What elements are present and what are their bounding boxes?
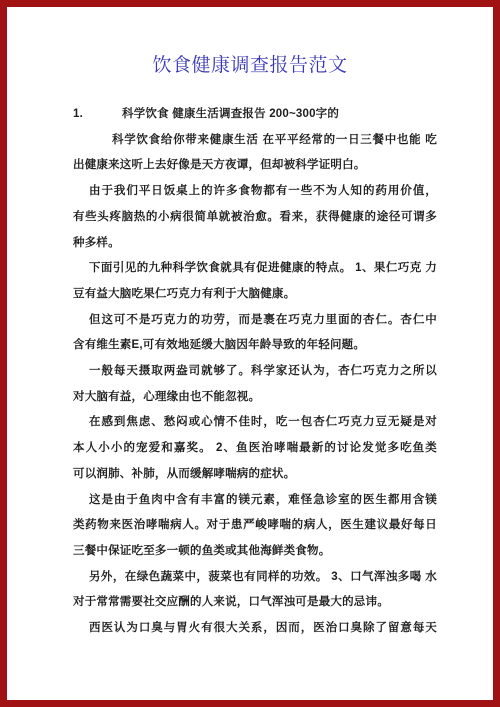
text-line: 一般每天摄取两盎司就够了。科学家还认为，杏仁巧克力之所以 [73,359,437,385]
text-line: 这是由于鱼肉中含有丰富的镁元素，难怪急诊室的医生都用含镁 [73,488,437,514]
text-line: 出健康来这听上去好像是天方夜谭，但却被科学证明白。 [73,153,437,179]
text-line: 西医认为口臭与胃火有很大关系，因而，医治口臭除了留意每天 [73,616,437,642]
text-line: 对于常常需要社交应酬的人来说，口气浑浊可是最大的忌讳。 [73,590,437,616]
list-item-number: 1. [73,102,122,128]
text-line: 对大脑有益，心理缘由也不能忽视。 [73,385,437,411]
text-line: 本人小小的宠爱和嘉奖。 2、鱼医治哮喘最新的讨论发觉多吃鱼类 [73,436,437,462]
text-line: 含有维生素E,可有效地延缓大脑因年龄导致的年轻问题。 [73,333,437,359]
text-line: 可以润肺、补肺，从而缓解哮喘病的症状。 [73,462,437,488]
text-line: 由于我们平日饭桌上的许多食物都有一些不为人知的药用价值， [73,179,437,205]
list-item-text: 科学饮食 健康生活调查报告 200~300字的 [122,108,339,120]
document-page: 饮食健康调查报告范文 1.科学饮食 健康生活调查报告 200~300字的 科学饮… [0,0,500,707]
document-body: 1.科学饮食 健康生活调查报告 200~300字的 科学饮食给你带来健康生活 在… [7,102,493,642]
document-title: 饮食健康调查报告范文 [7,53,493,79]
text-line: 在感到焦虑、愁闷或心情不佳时，吃一包杏仁巧克力豆无疑是对 [73,410,437,436]
text-line: 三餐中保证吃至多一顿的鱼类或其他海鲜类食物。 [73,539,437,565]
text-line: 有些头疼脑热的小病很简单就被治愈。看来，获得健康的途径可谓多 [73,205,437,231]
text-line: 下面引见的九种科学饮食就具有促进健康的特点。 1、果仁巧克 力 [73,256,437,282]
text-line: 科学饮食给你带来健康生活 在平平经常的一日三餐中也能 吃 [73,128,437,154]
text-line: 豆有益大脑吃果仁巧克力有利于大脑健康。 [73,282,437,308]
text-line: 类药物来医治哮喘病人。对于患严峻哮喘的病人，医生建议最好每日 [73,513,437,539]
text-line: 另外，在绿色蔬菜中，菠菜也有同样的功效。 3、口气浑浊多喝 水 [73,565,437,591]
text-line: 但这可不是巧克力的功劳，而是裹在巧克力里面的杏仁。杏仁中 [73,308,437,334]
text-line: 种多样。 [73,231,437,257]
list-item-line: 1.科学饮食 健康生活调查报告 200~300字的 [73,102,437,128]
